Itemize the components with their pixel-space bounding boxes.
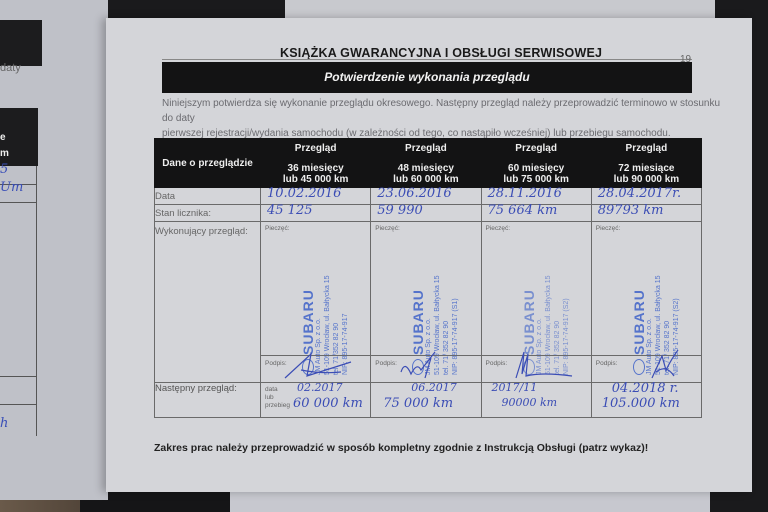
title-rule	[162, 59, 692, 60]
left-page-title-bar	[0, 20, 42, 66]
table-row-next-service: Następny przegląd: datalubprzebieg 02.20…	[155, 383, 702, 418]
row-label-next-service: Następny przegląd:	[155, 383, 261, 418]
handwritten-date: 23.06.2016	[377, 186, 451, 201]
stamp-cell: Pieczęć: SUBARU JM Auto Sp. z o.o. 51-10…	[371, 222, 481, 383]
row-label-odometer: Stan licznika:	[155, 205, 261, 222]
table-row-performed-by: Wykonujący przegląd: Pieczęć: SUBARU JM …	[155, 222, 702, 383]
stamp-cell: Pieczęć: SUBARU JM Auto Sp. z o.o. 51-10…	[481, 222, 591, 383]
next-service-date: 2017/11	[492, 381, 538, 394]
handwritten-odometer: 75 664 km	[488, 203, 558, 218]
service-confirmation-table: Dane o przeglądzie Przegląd36 miesięcylu…	[154, 138, 702, 418]
intro-text: Niniejszym potwierdza się wykonanie prze…	[162, 96, 722, 141]
page-title: KSIĄŻKA GWARANCYJNA I OBSŁUGI SERWISOWEJ	[280, 46, 602, 60]
next-service-mileage: 75 000 km	[383, 396, 453, 411]
handwritten-odometer: 45 125	[267, 203, 313, 218]
row-label-performed-by: Wykonujący przegląd:	[155, 222, 261, 383]
handwritten-date: 10.02.2016	[267, 186, 341, 201]
next-service-date: 06.2017	[411, 381, 457, 394]
signature-icon	[391, 350, 471, 380]
left-page: daty e m 5 Um h	[0, 0, 108, 500]
left-page-table-header: e m	[0, 108, 38, 166]
handwritten-date: 28.11.2016	[488, 186, 562, 201]
section-title: Potwierdzenie wykonania przeglądu	[162, 62, 692, 93]
table-row-date: Data 10.02.2016 23.06.2016 28.11.2016 28…	[155, 188, 702, 205]
footer-note: Zakres prac należy przeprowadzić w sposó…	[154, 442, 648, 454]
next-service-mileage: 105.000 km	[602, 396, 680, 411]
signature-icon	[502, 350, 582, 380]
next-service-mileage: 90000 km	[502, 396, 558, 409]
table-row-odometer: Stan licznika: 45 125 59 990 75 664 km 8…	[155, 205, 702, 222]
left-page-text: daty	[0, 62, 21, 74]
header-service-60: Przegląd60 miesięcylub 75 000 km	[481, 139, 591, 188]
header-service-48: Przegląd48 miesięcylub 60 000 km	[371, 139, 481, 188]
row-label-date: Data	[155, 188, 261, 205]
next-service-date: 04.2018 r.	[612, 381, 679, 396]
stamp-cell: Pieczęć: SUBARU JM Auto Sp. z o.o. 51-10…	[591, 222, 701, 383]
header-service-data: Dane o przeglądzie	[155, 139, 261, 188]
header-service-36: Przegląd36 miesięcylub 45 000 km	[261, 139, 371, 188]
handwritten-odometer: 89793 km	[598, 203, 664, 218]
next-service-date: 02.2017	[297, 381, 343, 394]
warranty-book-page: KSIĄŻKA GWARANCYJNA I OBSŁUGI SERWISOWEJ…	[106, 18, 752, 492]
handwritten-odometer: 59 990	[377, 203, 423, 218]
signature-icon	[281, 350, 361, 380]
stamp-cell: Pieczęć: SUBARU JM Auto Sp. z o.o. 51-10…	[261, 222, 371, 383]
left-page-table: 5 Um h	[0, 166, 37, 436]
header-service-72: Przegląd72 miesiącelub 90 000 km	[591, 139, 701, 188]
signature-icon	[612, 350, 692, 380]
next-service-mileage: 60 000 km	[293, 396, 363, 411]
handwritten-date: 28.04.2017r.	[598, 186, 681, 201]
